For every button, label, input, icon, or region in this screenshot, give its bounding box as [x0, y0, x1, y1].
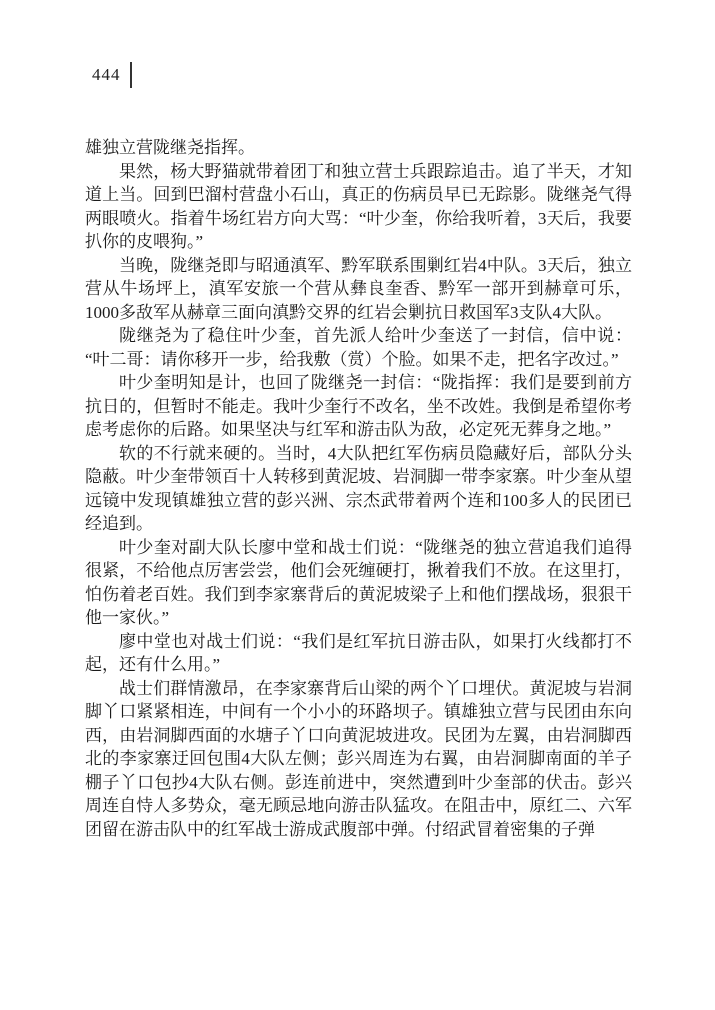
page-header: 444 — [92, 62, 132, 88]
paragraph-5: 叶少奎明知是计，也回了陇继尧一封信：“陇指挥：我们是要到前方抗日的，但暂时不能走… — [85, 371, 632, 442]
paragraph-7: 叶少奎对副大队长廖中堂和战士们说：“陇继尧的独立营追我们追得很紧，不给他点厉害尝… — [85, 536, 632, 630]
paragraph-3: 当晚，陇继尧即与昭通滇军、黔军联系围剿红岩4中队。3天后，独立营从牛场坪上，滇军… — [85, 254, 632, 325]
paragraph-9: 战士们群情激昂，在李家寨背后山梁的两个丫口埋伏。黄泥坡与岩洞脚丫口紧紧相连，中间… — [85, 677, 632, 842]
paragraph-2: 果然，杨大野猫就带着团丁和独立营士兵跟踪追击。追了半天，才知道上当。回到巴溜村营… — [85, 160, 632, 254]
body-text: 雄独立营陇继尧指挥。 果然，杨大野猫就带着团丁和独立营士兵跟踪追击。追了半天，才… — [85, 136, 632, 841]
paragraph-6: 软的不行就来硬的。当时，4大队把红军伤病员隐藏好后，部队分头隐蔽。叶少奎带领百十… — [85, 442, 632, 536]
page-number: 444 — [92, 62, 121, 88]
page-number-divider — [130, 62, 132, 88]
paragraph-4: 陇继尧为了稳住叶少奎，首先派人给叶少奎送了一封信，信中说：“叶二哥：请你移开一步… — [85, 324, 632, 371]
book-page: 444 雄独立营陇继尧指挥。 果然，杨大野猫就带着团丁和独立营士兵跟踪追击。追了… — [0, 0, 715, 1010]
paragraph-1: 雄独立营陇继尧指挥。 — [85, 136, 632, 160]
paragraph-8: 廖中堂也对战士们说：“我们是红军抗日游击队，如果打火线都打不起，还有什么用。” — [85, 630, 632, 677]
